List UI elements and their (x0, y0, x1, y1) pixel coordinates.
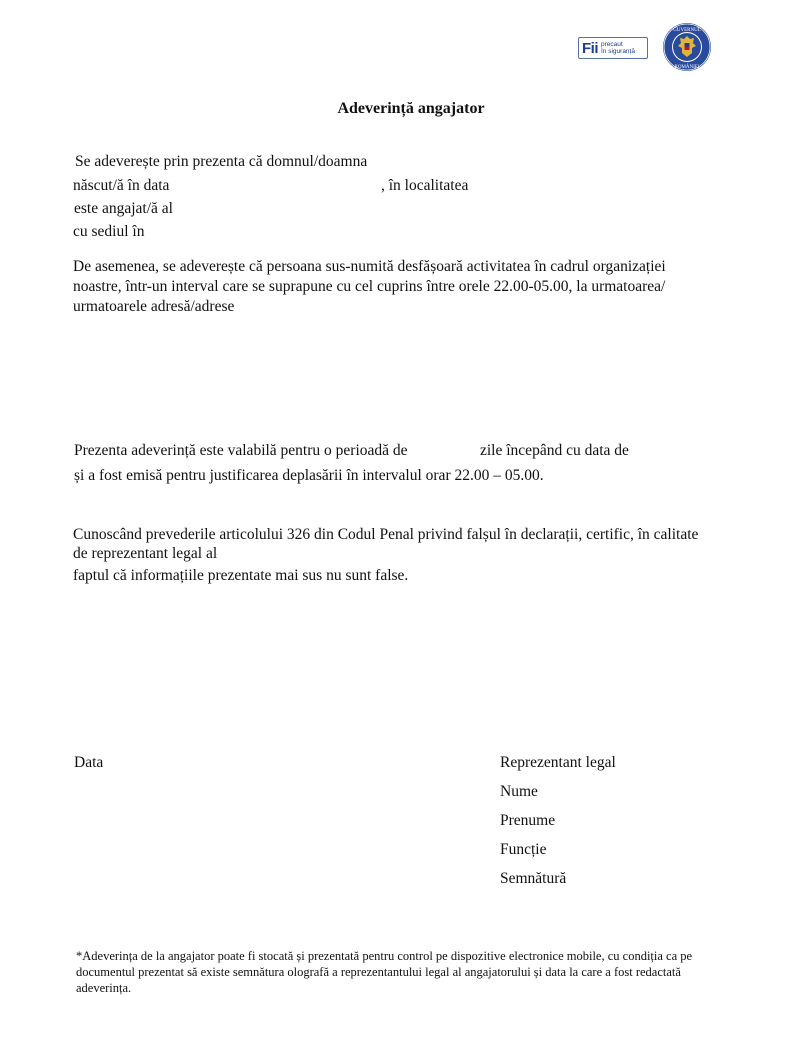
footnote-line-2: documentul prezentat să existe semnătura… (76, 964, 681, 980)
footnote-line-1: *Adeverința de la angajator poate fi sto… (76, 948, 692, 964)
intro-line-3: este angajat/ă al (74, 199, 173, 219)
validity-line-1-end: zile începând cu data de (480, 441, 629, 461)
activity-line-3: urmatoarele adresă/adrese (73, 297, 234, 317)
footnote-line-3: adeverința. (76, 980, 131, 996)
intro-line-2-locality: , în localitatea (381, 176, 468, 196)
svg-text:ROMÂNIEI: ROMÂNIEI (675, 64, 700, 70)
fii-precaut-logo: Fii precaut în siguranță (578, 37, 648, 59)
activity-line-2: noastre, într-un interval care se suprap… (73, 277, 665, 297)
validity-line-2: și a fost emisă pentru justificarea depl… (74, 466, 544, 486)
certification-line-1: Cunoscând prevederile articolului 326 di… (73, 525, 698, 545)
intro-line-1: Se adeverește prin prezenta că domnul/do… (75, 152, 367, 172)
certification-line-2: de reprezentant legal al (73, 544, 217, 564)
signature-label: Semnătură (500, 869, 566, 889)
svg-text:GUVERNUL: GUVERNUL (673, 28, 701, 33)
fii-logo-text: Fii (582, 40, 598, 57)
first-name-label: Prenume (500, 811, 555, 831)
position-label: Funcție (500, 840, 547, 860)
legal-representative-label: Reprezentant legal (500, 753, 616, 773)
name-label: Nume (500, 782, 538, 802)
fii-logo-subtext: precaut în siguranță (601, 41, 635, 55)
guvernul-romaniei-seal-icon: GUVERNUL ROMÂNIEI (662, 22, 712, 72)
intro-line-2-label: născut/ă în data (73, 176, 169, 196)
activity-line-1: De asemenea, se adeverește că persoana s… (73, 257, 666, 277)
intro-line-4: cu sediul în (73, 222, 144, 242)
validity-line-1-start: Prezenta adeverință este valabilă pentru… (74, 441, 408, 461)
certification-line-3: faptul că informațiile prezentate mai su… (73, 566, 408, 586)
date-label: Data (74, 753, 103, 773)
document-title: Adeverință angajator (0, 100, 800, 118)
